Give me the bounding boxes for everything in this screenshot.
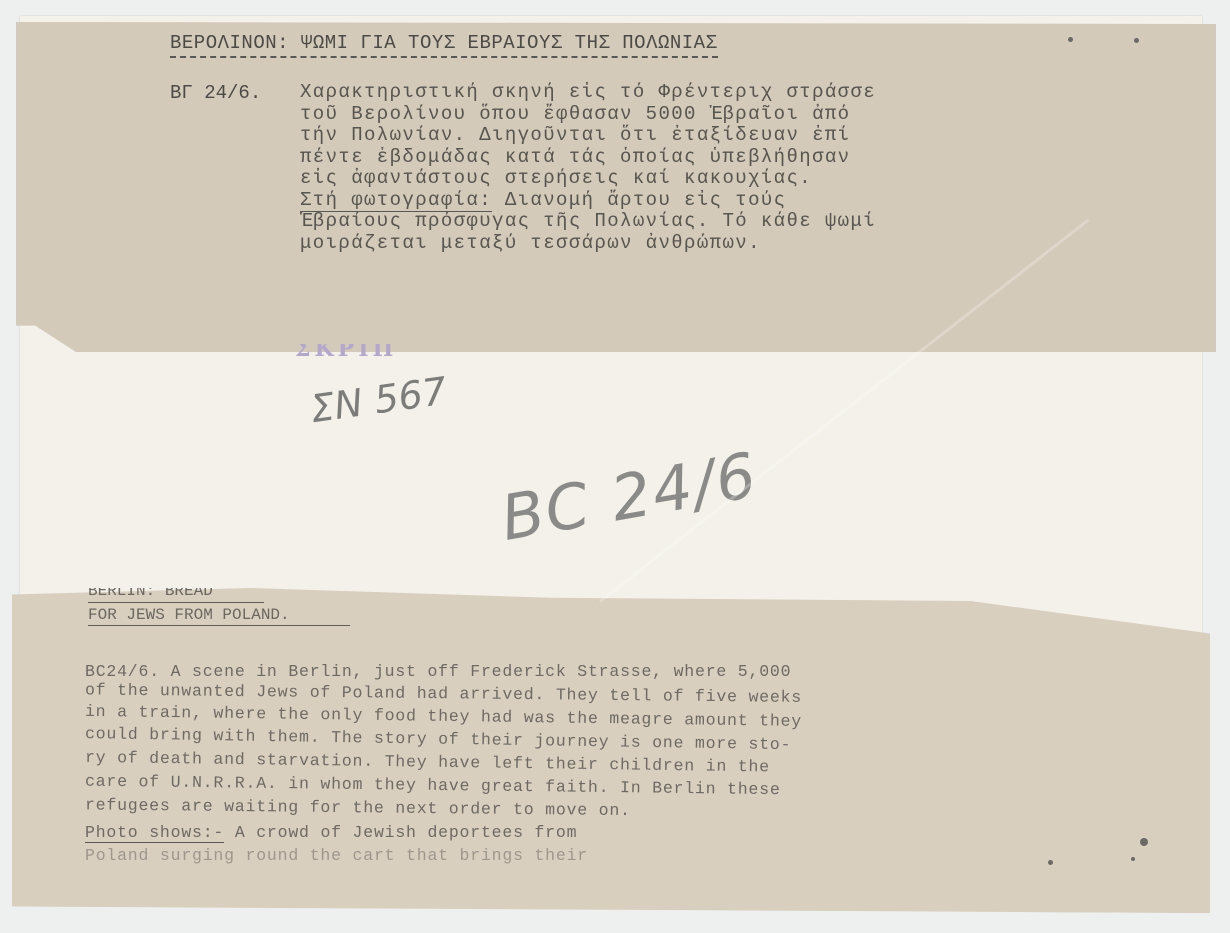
greek-line: Χαρακτηριστική σκηνή εἰς τό Φρέντεριχ στ…: [300, 82, 1020, 104]
english-photo-line: Photo shows:- A crowd of Jewish deportee…: [85, 821, 965, 844]
pin-hole: [1068, 37, 1073, 42]
greek-line: τήν Πολωνίαν. Διηγοῦνται ὅτι ἐταξίδευαν …: [300, 125, 1020, 147]
pin-hole: [1131, 857, 1135, 861]
greek-photo-label: Στή φωτογραφία:: [300, 189, 492, 212]
pin-hole: [1134, 38, 1139, 43]
greek-reference-code: ΒΓ 24/6.: [170, 82, 261, 104]
english-caption-body: BC24/6. A scene in Berlin, just off Fred…: [85, 660, 965, 867]
greek-line: μοιράζεται μεταξύ τεσσάρων ἀνθρώπων.: [300, 233, 1020, 255]
english-line: Poland surging round the cart that bring…: [85, 844, 965, 867]
pin-hole: [1140, 838, 1148, 846]
greek-caption-heading: ΒΕΡΟΛΙΝΟΝ: ΨΩΜΙ ΓΙΑ ΤΟΥΣ ΕΒΡΑΙΟΥΣ ΤΗΣ ΠΟ…: [170, 32, 718, 58]
greek-line: Ἑβραίους πρόσφυγας τῆς Πολωνίας. Τό κάθε…: [300, 211, 1020, 233]
greek-line: τοῦ Βερολίνου ὅπου ἔφθασαν 5000 Ἑβραῖοι …: [300, 104, 1020, 126]
greek-line: εἰς ἀφαντάστους στερήσεις καί κακουχίας.: [300, 168, 1020, 190]
english-heading-line1: BERLIN: BREAD: [88, 588, 264, 603]
purple-stamp-fragment: ΣΚΡΙΠ: [295, 344, 397, 358]
greek-photo-line: Στή φωτογραφία: Διανομή ἄρτου εἰς τούς: [300, 190, 1020, 212]
greek-caption-body: Χαρακτηριστική σκηνή εἰς τό Φρέντεριχ στ…: [300, 82, 1020, 254]
english-caption-heading: BERLIN: BREAD FOR JEWS FROM POLAND.: [88, 588, 350, 626]
pin-hole: [1048, 860, 1053, 865]
english-heading-line2: FOR JEWS FROM POLAND.: [88, 605, 350, 626]
greek-line: πέντε ἑβδομάδας κατά τάς ὁποίας ὑπεβλήθη…: [300, 147, 1020, 169]
english-photo-label: Photo shows:-: [85, 823, 224, 843]
